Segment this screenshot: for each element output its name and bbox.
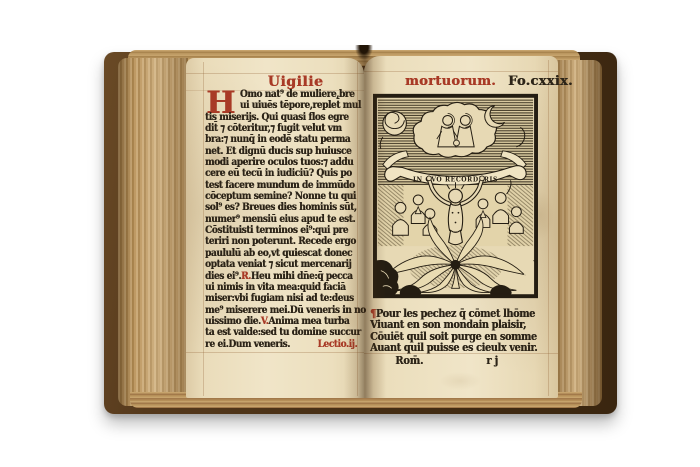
running-title: mortuorum. [405, 74, 496, 89]
ruled-line [186, 352, 364, 353]
latin-text-block: Omo nat⁹ de muliere,breui uiuēs tēpore,r… [205, 89, 357, 350]
gathering-mark: r j [486, 354, 498, 367]
ruled-line [203, 62, 204, 396]
text-line: miser:vbi fugiam nisi ad te:deus [205, 293, 357, 304]
woodcut-illustration: IN QVO RECORDERIS [373, 92, 538, 300]
ruled-line [548, 60, 549, 396]
text-line: ta est valde:sed tu domine succur [205, 327, 357, 338]
right-page-header: mortuorum. Fo.cxxix. [405, 74, 573, 89]
page-edges-left [118, 58, 188, 406]
ruled-line [364, 71, 558, 72]
signature-line: Rom̄. r j [370, 354, 541, 367]
folio-number: Fo.cxxix. [508, 74, 573, 89]
text-line: optata veniat ⁊ sicut mercenarij [205, 259, 357, 270]
text-line: Viuant en son mondain plaisir, [370, 319, 541, 330]
photo-scene: Uigilie H Omo nat⁹ de muliere,breui uiuē… [0, 0, 700, 467]
page-edges-right [556, 60, 602, 406]
text-line: re ei.Dum veneris.Lectio.ij. [205, 339, 357, 350]
french-verse-block: ¶Pour les pechez q̄ cōmet lhōmeViuant en… [370, 308, 541, 353]
text-line: Auant quil puisse es cieulx venir. [370, 342, 541, 353]
text-line: ui uiuēs tēpore,replet̄ mul [205, 100, 357, 111]
woodcut-banner-text: IN QVO RECORDERIS [413, 176, 498, 183]
catchword: Rom̄. [395, 354, 423, 367]
